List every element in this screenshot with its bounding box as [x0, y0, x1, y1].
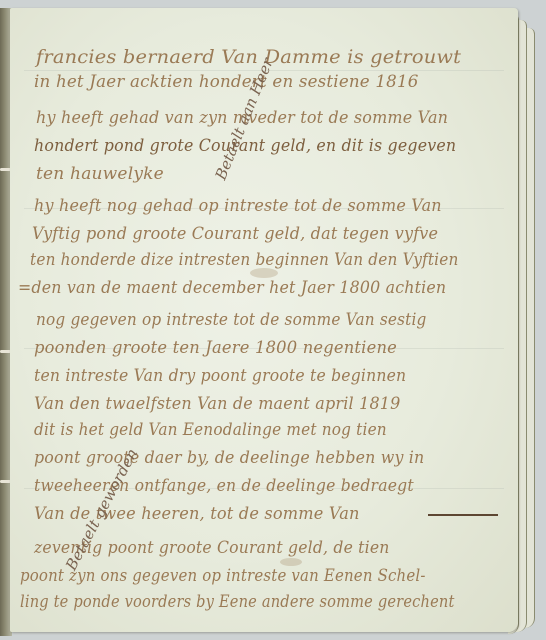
text-line-16: tweeheeren ontfange, en de deelinge bedr… [34, 476, 414, 496]
text-line-8: ten honderde dize intresten beginnen Van… [30, 250, 459, 270]
text-line-6: hy heeft nog gehad op intreste tot de so… [34, 196, 442, 216]
text-line-2: in het Jaer acktien hondert en sestiene … [34, 72, 419, 92]
ink-blot [280, 558, 302, 566]
text-line-9: =den van de maent december het Jaer 1800… [18, 278, 446, 298]
text-line-10: nog gegeven op intreste tot de somme Van… [36, 310, 427, 330]
text-line-20: ling te ponde voorders by Eene andere so… [20, 592, 455, 612]
struck-out-text [428, 514, 498, 516]
text-line-19: poont zyn ons gegeven op intreste van Ee… [20, 566, 426, 586]
text-line-12: ten intreste Van dry poont groote te beg… [34, 366, 406, 386]
text-line-14: dit is het geld Van Eenodalinge met nog … [34, 420, 387, 440]
text-line-11: poonden groote ten Jaere 1800 negentiene [34, 338, 397, 358]
text-line-13: Van den twaelfsten Van de maent april 18… [34, 394, 401, 414]
text-line-17: Van de twee heeren, tot de somme Van [34, 504, 360, 524]
text-line-1: francies bernaerd Van Damme is getrouwt [36, 46, 461, 68]
text-line-15: poont groote daer by, de deelinge hebben… [34, 448, 424, 468]
text-line-5: ten hauwelyke [36, 164, 164, 184]
text-line-7: Vyftig pond groote Courant geld, dat teg… [32, 224, 438, 244]
